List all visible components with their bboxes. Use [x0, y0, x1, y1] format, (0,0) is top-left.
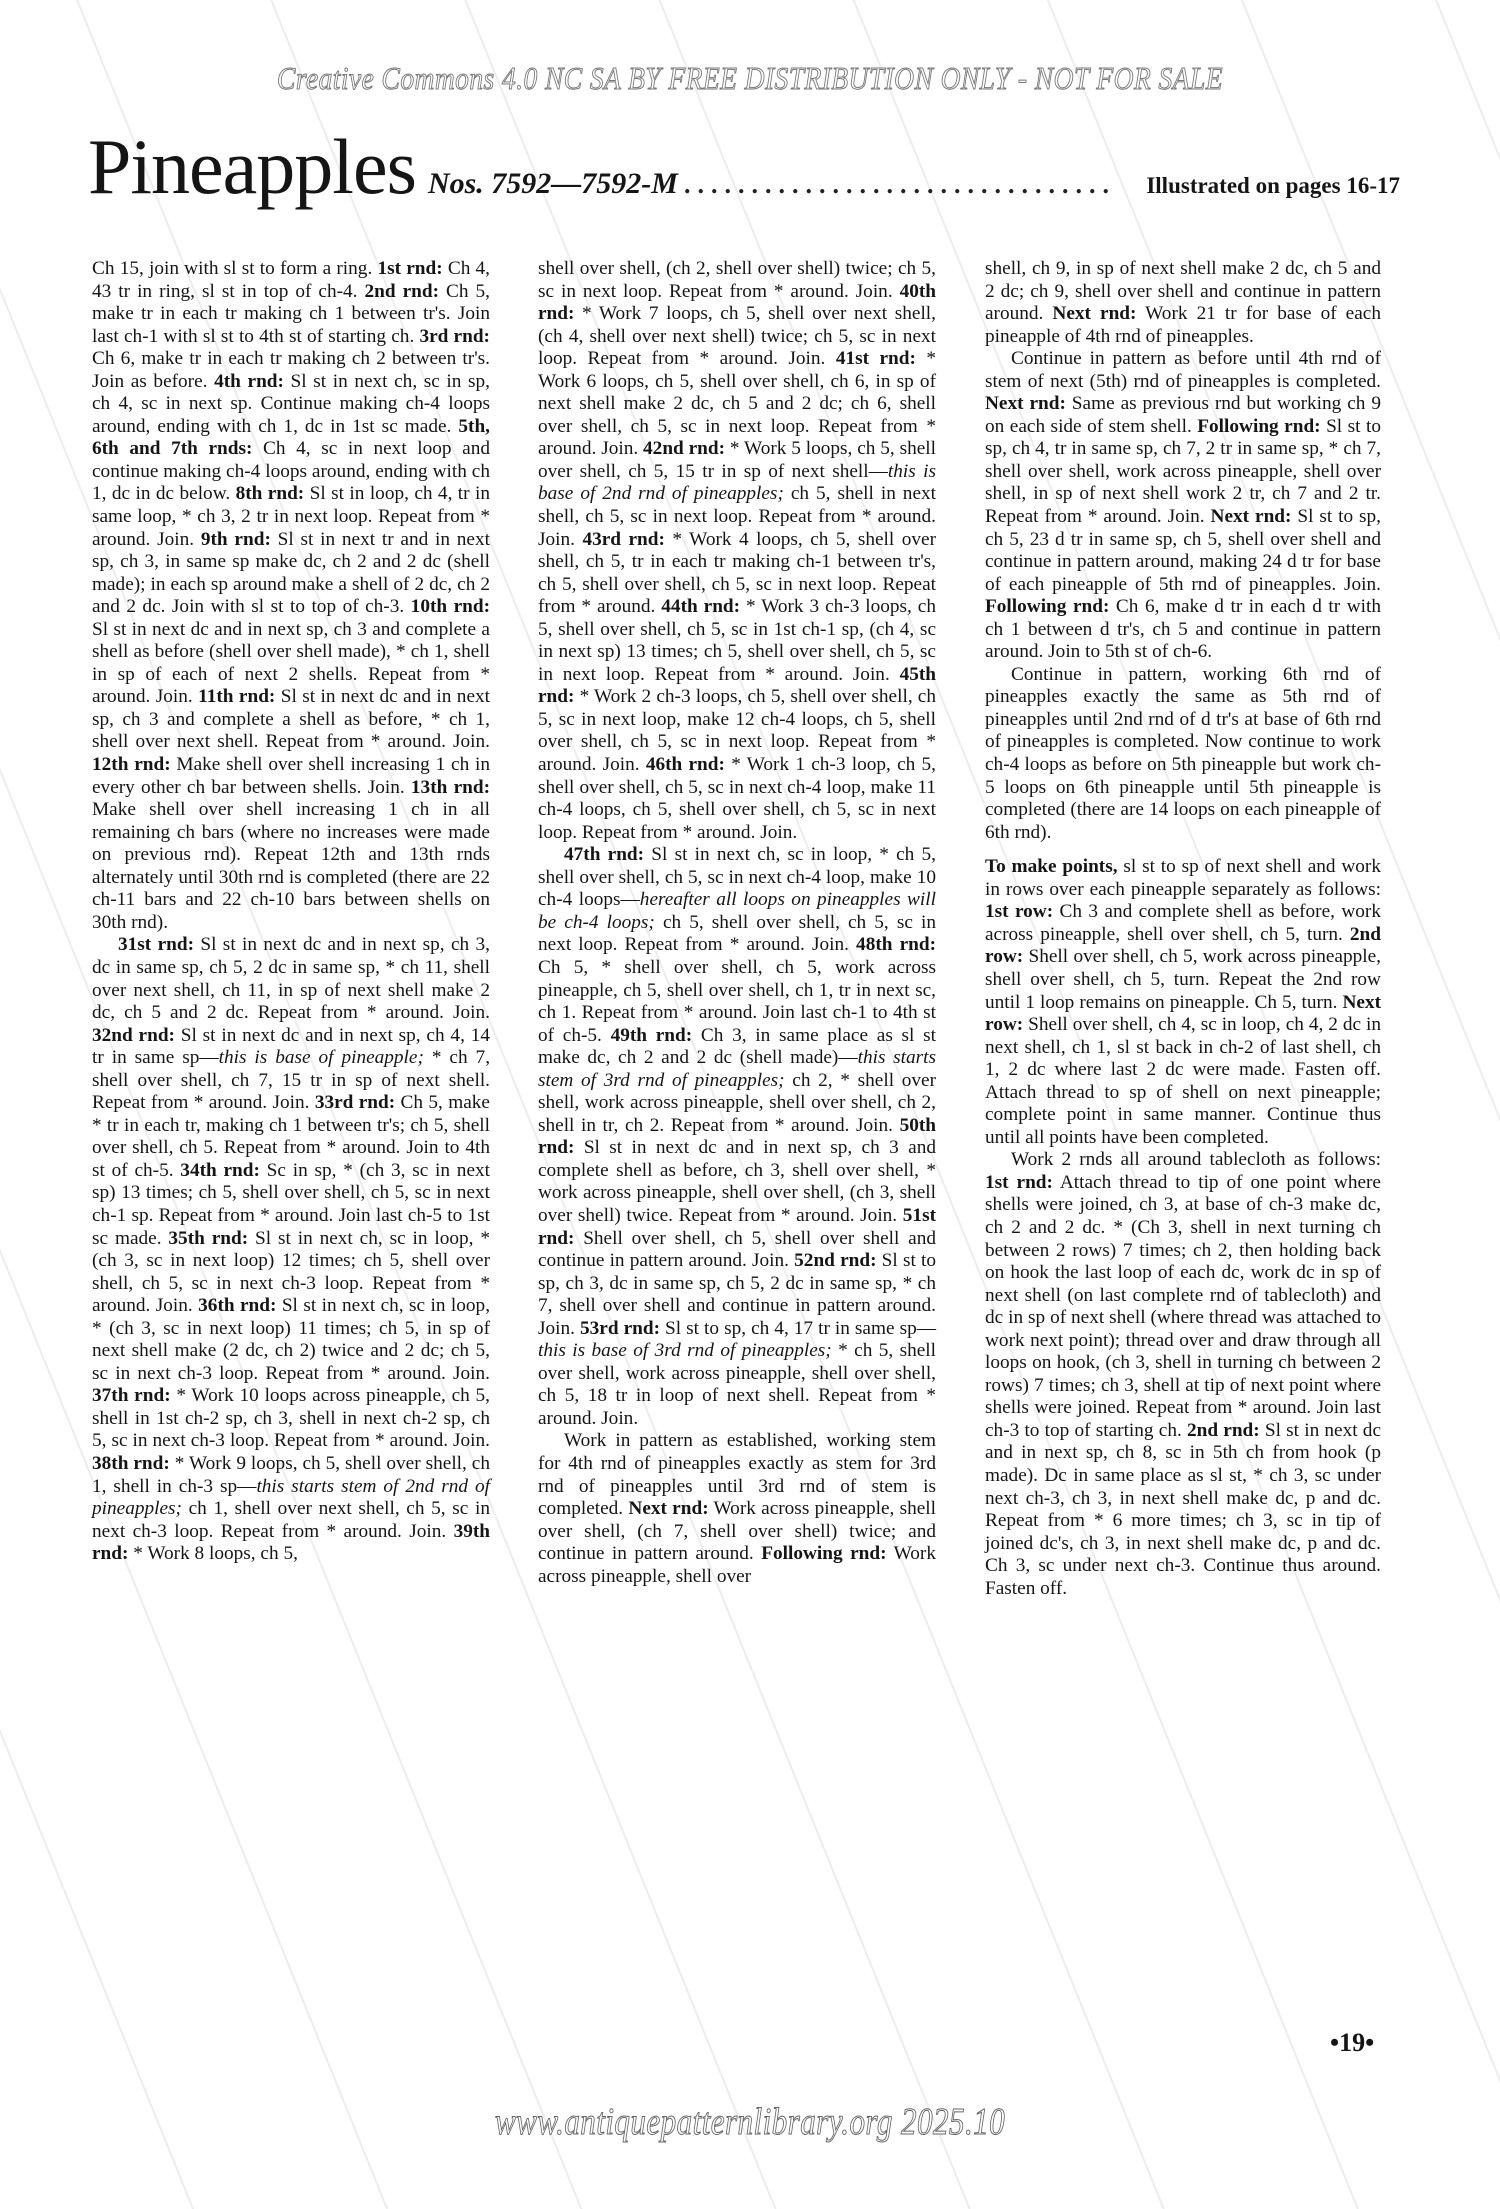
- round-label: 2nd rnd:: [365, 281, 440, 302]
- round-label: 43rd rnd:: [582, 529, 664, 550]
- instruction-paragraph: Ch 15, join with sl st to form a ring. 1…: [92, 258, 490, 934]
- round-label: To make points,: [985, 856, 1118, 877]
- instruction-text: Ch 15, join with sl st to form a ring.: [92, 258, 377, 279]
- text-column-1: Ch 15, join with sl st to form a ring. 1…: [92, 258, 490, 1566]
- round-label: 41st rnd:: [836, 348, 916, 369]
- round-label: 46th rnd:: [646, 754, 725, 775]
- text-column-3: shell, ch 9, in sp of next shell make 2 …: [985, 258, 1381, 1600]
- round-label: 2nd rnd:: [1187, 1420, 1260, 1441]
- round-label: 1st row:: [985, 901, 1053, 922]
- instruction-paragraph: Continue in pattern, working 6th rnd of …: [985, 664, 1381, 844]
- round-label: 4th rnd:: [214, 371, 284, 392]
- round-label: 53rd rnd:: [580, 1318, 660, 1339]
- round-label: 49th rnd:: [611, 1025, 693, 1046]
- round-label: 1st rnd:: [985, 1172, 1053, 1193]
- round-label: 42nd rnd:: [643, 438, 725, 459]
- page-title: Pineapples Nos. 7592—7592-M ............…: [88, 128, 1400, 218]
- round-label: Next rnd:: [1052, 303, 1136, 324]
- instruction-text: Sl st to sp, ch 4, 17 tr in same sp—: [660, 1318, 936, 1339]
- instruction-paragraph: To make points, sl st to sp of next shel…: [985, 856, 1381, 1149]
- instruction-text: Sl st in next dc and in next sp, ch 3 an…: [538, 1137, 936, 1226]
- round-label: 13th rnd:: [411, 777, 490, 798]
- round-label: Following rnd:: [1197, 416, 1320, 437]
- instruction-paragraph: Continue in pattern as before until 4th …: [985, 348, 1381, 664]
- instruction-paragraph: Work in pattern as established, working …: [538, 1430, 936, 1588]
- round-label: 36th rnd:: [198, 1295, 276, 1316]
- instruction-paragraph: Work 2 rnds all around tablecloth as fol…: [985, 1149, 1381, 1600]
- round-label: 38th rnd:: [92, 1453, 170, 1474]
- round-label: 11th rnd:: [198, 686, 275, 707]
- instruction-text: Continue in pattern as before until 4th …: [985, 348, 1381, 392]
- round-label: 1st rnd:: [377, 258, 442, 279]
- page-number: •19•: [1330, 2028, 1374, 2058]
- pattern-numbers: Nos. 7592—7592-M: [428, 167, 678, 201]
- instruction-text: Shell over shell, ch 4, sc in loop, ch 4…: [985, 1014, 1381, 1148]
- title-main: Pineapples: [88, 128, 416, 206]
- italic-note: this is base of pineapple;: [219, 1047, 424, 1068]
- instruction-paragraph: shell over shell, (ch 2, shell over shel…: [538, 258, 936, 844]
- instruction-paragraph: 31st rnd: Sl st in next dc and in next s…: [92, 934, 490, 1565]
- instruction-text: * Work 8 loops, ch 5,: [128, 1543, 297, 1564]
- round-label: 8th rnd:: [236, 483, 305, 504]
- text-column-2: shell over shell, (ch 2, shell over shel…: [538, 258, 936, 1588]
- footer-watermark-url: www.antiquepatternlibrary.org 2025.10: [135, 2100, 1365, 2144]
- round-label: 52nd rnd:: [794, 1250, 876, 1271]
- instruction-text: Sl st in next dc and in next sp, ch 8, s…: [985, 1420, 1381, 1599]
- round-label: Next rnd:: [985, 393, 1066, 414]
- instruction-text: Continue in pattern, working 6th rnd of …: [985, 664, 1381, 843]
- instruction-text: Work 2 rnds all around tablecloth as fol…: [1011, 1149, 1381, 1170]
- round-label: 33rd rnd:: [315, 1092, 395, 1113]
- illustrated-pages: Illustrated on pages 16-17: [1146, 173, 1400, 199]
- round-label: 34th rnd:: [180, 1160, 260, 1181]
- instruction-text: shell over shell, (ch 2, shell over shel…: [538, 258, 936, 302]
- round-label: Following rnd:: [761, 1543, 886, 1564]
- round-label: 44th rnd:: [661, 596, 740, 617]
- instruction-text: Make shell over shell increasing 1 ch in…: [92, 799, 490, 933]
- italic-note: this is base of 3rd rnd of pineapples;: [538, 1340, 832, 1361]
- instruction-paragraph: 47th rnd: Sl st in next ch, sc in loop, …: [538, 844, 936, 1430]
- round-label: 31st rnd:: [118, 934, 194, 955]
- round-label: Next rnd:: [1211, 506, 1292, 527]
- instruction-text: Attach thread to tip of one point where …: [985, 1172, 1381, 1441]
- round-label: Next rnd:: [628, 1498, 708, 1519]
- round-label: 47th rnd:: [564, 844, 644, 865]
- round-label: 32nd rnd:: [92, 1025, 175, 1046]
- round-label: 10th rnd:: [411, 596, 490, 617]
- instruction-paragraph: shell, ch 9, in sp of next shell make 2 …: [985, 258, 1381, 348]
- round-label: 48th rnd:: [856, 934, 936, 955]
- license-banner: Creative Commons 4.0 NC SA BY FREE DISTR…: [105, 60, 1395, 97]
- leader-dots: ................................: [684, 170, 1140, 200]
- round-label: 35th rnd:: [168, 1228, 248, 1249]
- round-label: Following rnd:: [985, 596, 1109, 617]
- instruction-text: Shell over shell, ch 5, work across pine…: [985, 946, 1381, 1012]
- round-label: 37th rnd:: [92, 1385, 171, 1406]
- round-label: 12th rnd:: [92, 754, 171, 775]
- round-label: 9th rnd:: [201, 529, 271, 550]
- round-label: 3rd rnd:: [419, 326, 490, 347]
